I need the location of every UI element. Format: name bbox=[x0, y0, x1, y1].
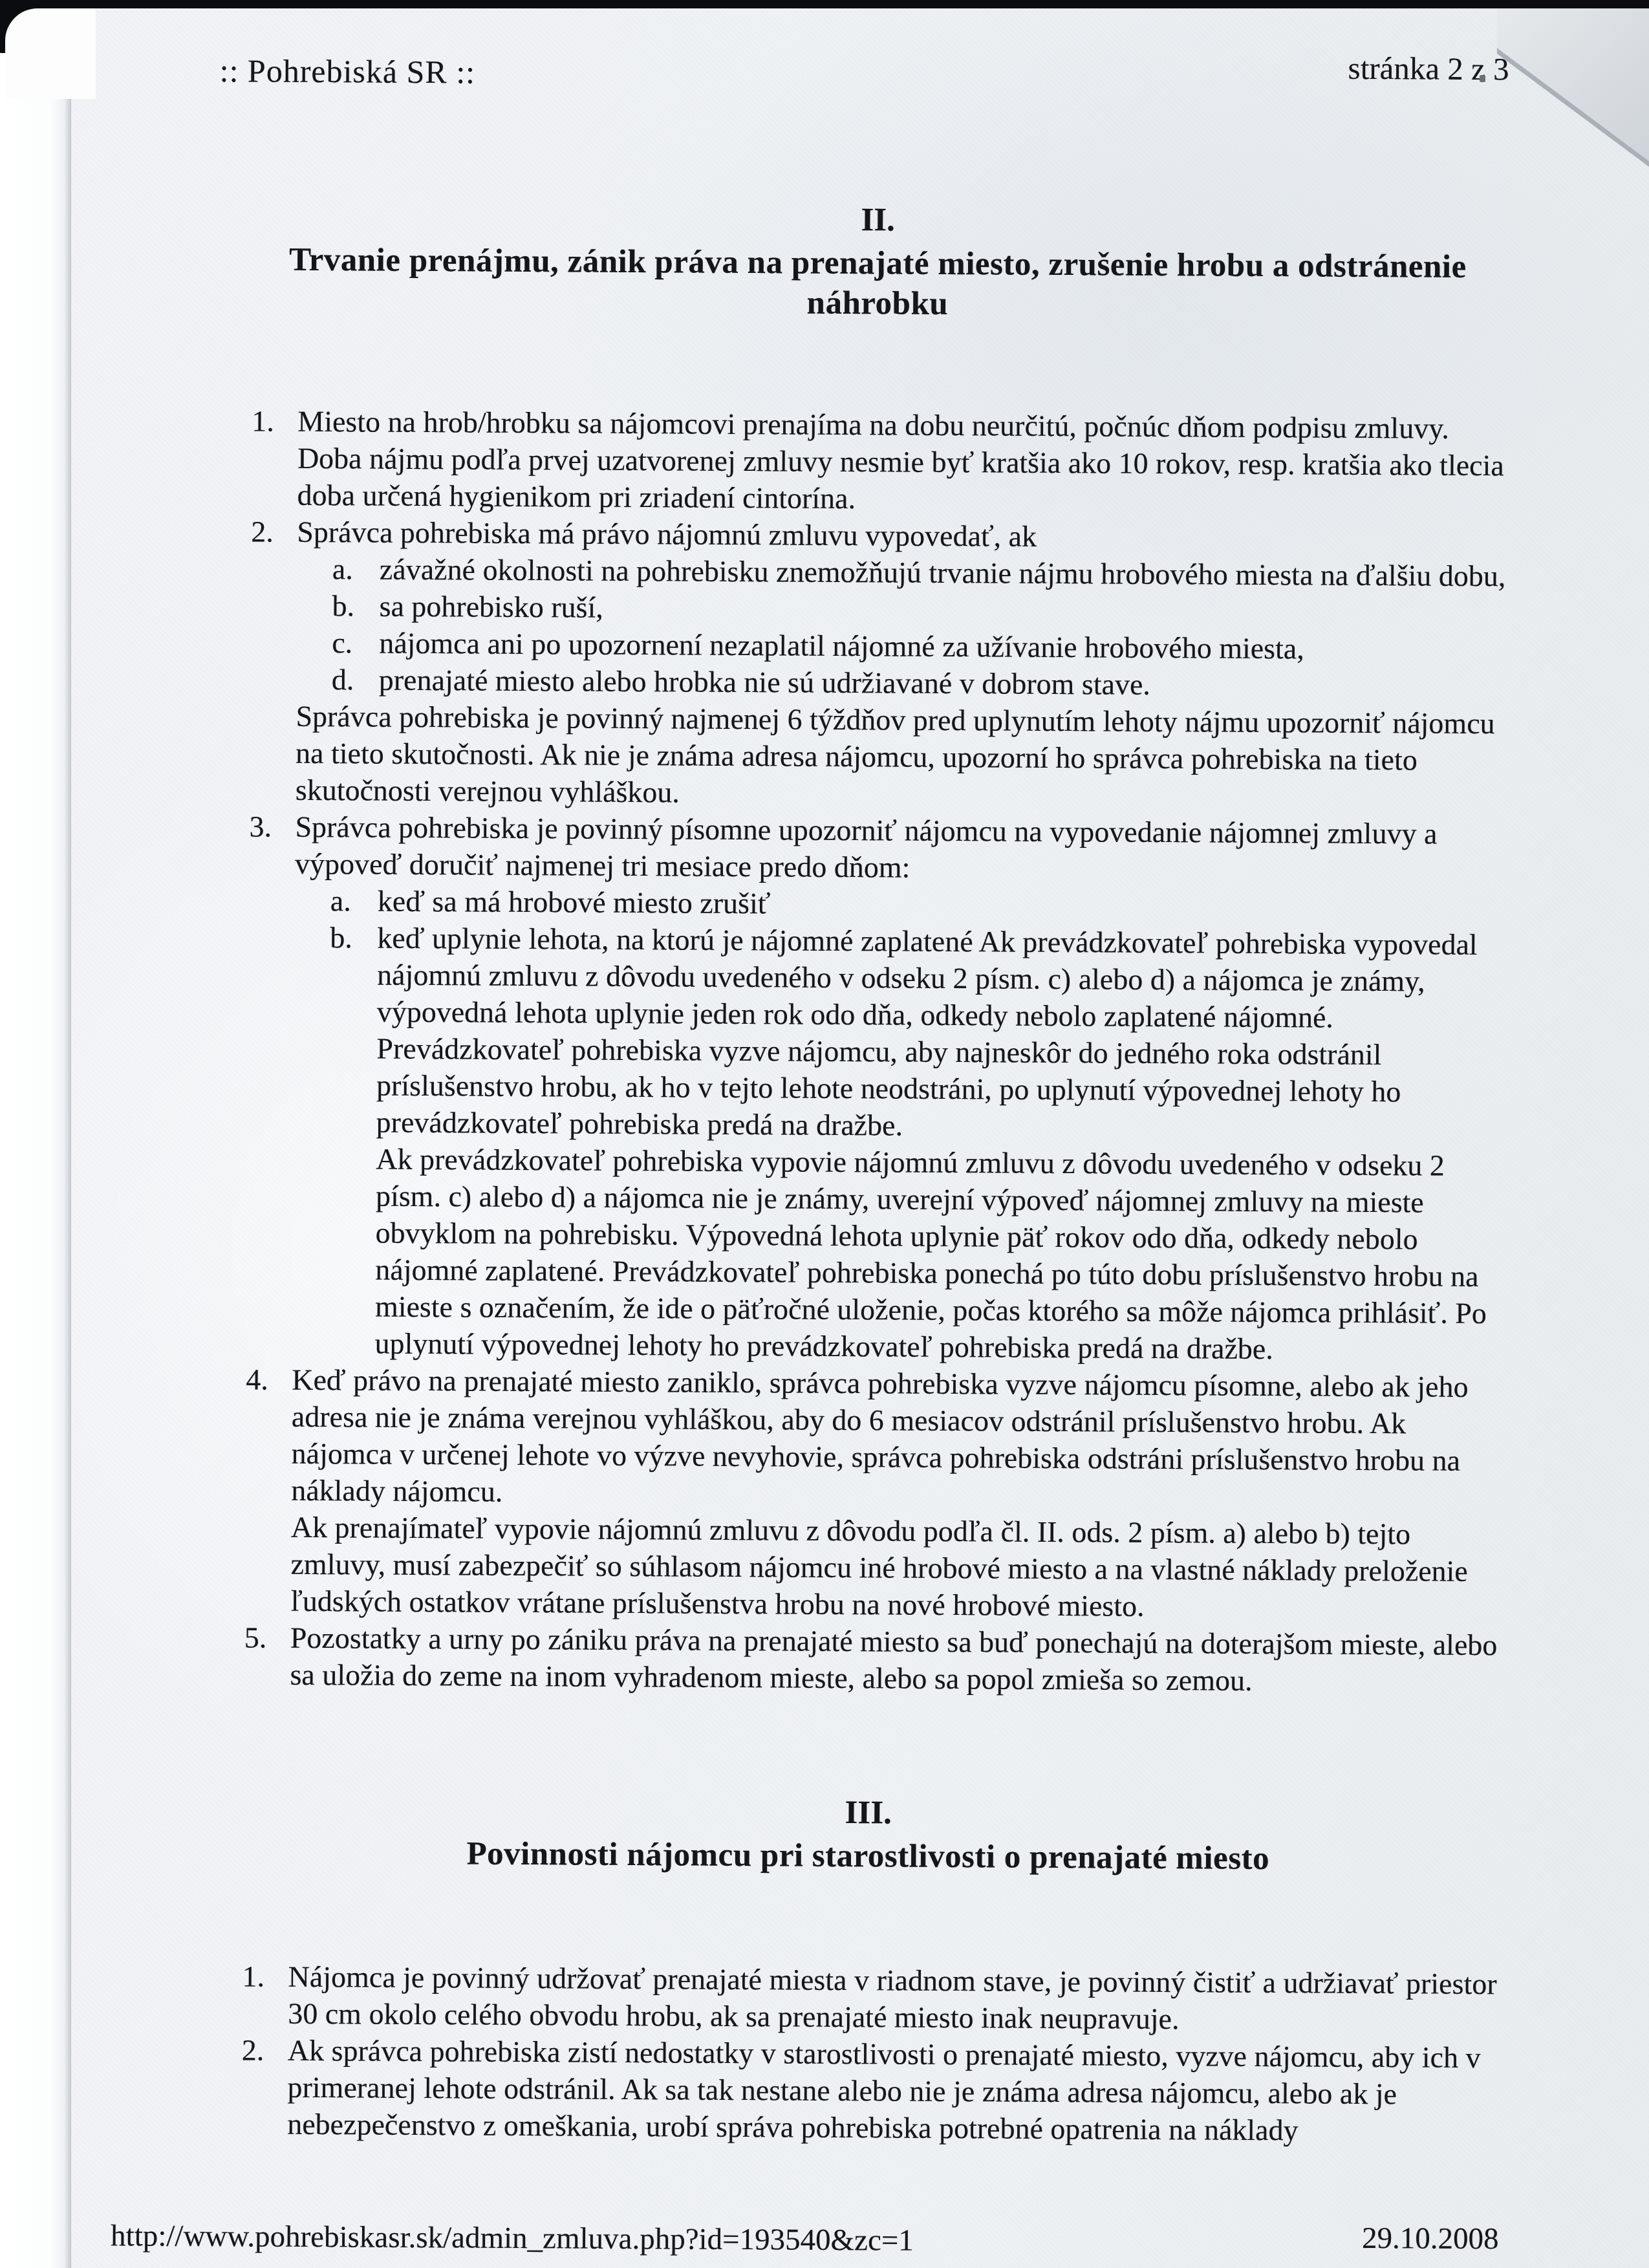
item-number: 2. bbox=[225, 2031, 288, 2069]
scanner-corner-topleft-curve bbox=[5, 8, 96, 99]
footer-url: http://www.pohrebiskasr.sk/admin_zmluva.… bbox=[111, 2219, 914, 2258]
list-item: 1. Miesto na hrob/hrobku sa nájomcovi pr… bbox=[234, 402, 1518, 521]
subitem-letter: c. bbox=[332, 624, 379, 661]
item-number: 5. bbox=[228, 1619, 290, 1656]
list-item: 3. Správca pohrebiska je povinný písomne… bbox=[229, 808, 1516, 1368]
footer-date: 29.10.2008 bbox=[1362, 2221, 1499, 2256]
section-iii: III. Povinnosti nájomcu pri starostlivos… bbox=[224, 1789, 1510, 2150]
section-ii-list: 1. Miesto na hrob/hrobku sa nájomcovi pr… bbox=[227, 402, 1518, 1700]
section-ii-numeral: II. bbox=[236, 197, 1520, 243]
list-item: 5. Pozostatky a urny po zániku práva na … bbox=[227, 1619, 1511, 1700]
page-content: :: Pohrebiská SR :: stránka 2 z 3 II. Tr… bbox=[0, 0, 1649, 2268]
sub-list-item: b. keď uplynie lehota, na ktorú je nájom… bbox=[327, 919, 1515, 1368]
subitem-letter: b. bbox=[332, 587, 379, 624]
subitem-letter: d. bbox=[332, 661, 379, 698]
item-text: Ak správca pohrebiska zistí nedostatky v… bbox=[287, 2032, 1509, 2150]
scanned-document: :: Pohrebiská SR :: stránka 2 z 3 II. Tr… bbox=[0, 0, 1649, 2268]
item-text: Miesto na hrob/hrobku sa nájomcovi prena… bbox=[297, 403, 1518, 521]
list-item: 2. Správca pohrebiska má právo nájomnú z… bbox=[233, 513, 1518, 815]
item-text-paragraph-2: Ak prenajímateľ vypovie nájomnú zmluvu z… bbox=[290, 1509, 1512, 1627]
section-iii-list: 1. Nájomca je povinný udržovať prenajaté… bbox=[224, 1958, 1509, 2150]
section-iii-title: Povinnosti nájomcu pri starostlivosti o … bbox=[226, 1832, 1510, 1880]
subitem-text: keď uplynie lehota, na ktorú je nájomné … bbox=[376, 920, 1516, 1148]
list-item: 1. Nájomca je povinný udržovať prenajaté… bbox=[225, 1958, 1509, 2039]
item-text: Pozostatky a urny po zániku práva na pre… bbox=[290, 1619, 1511, 1701]
subitem-text: nájomca ani po upozornení nezaplatil náj… bbox=[379, 625, 1517, 669]
subitem-text: sa pohrebisko ruší, bbox=[379, 588, 1517, 632]
list-item: 2. Ak správca pohrebiska zistí nedostatk… bbox=[224, 2031, 1509, 2150]
scan-speck bbox=[1480, 75, 1485, 82]
document-body: II. Trvanie prenájmu, zánik práva na pre… bbox=[224, 197, 1520, 2150]
item-number: 3. bbox=[232, 808, 295, 845]
scanner-top-band bbox=[0, 0, 1649, 8]
item-number: 1. bbox=[235, 402, 297, 440]
item-text: Keď právo na prenajaté miesto zaniklo, s… bbox=[291, 1361, 1513, 1517]
item-number: 1. bbox=[225, 1958, 288, 1995]
item-text: Správca pohrebiska je povinný písomne up… bbox=[295, 808, 1516, 890]
subitem-letter: a. bbox=[332, 550, 380, 587]
item-continuation: Správca pohrebiska je povinný najmenej 6… bbox=[296, 698, 1517, 816]
subitem-text-paragraph-2: Ak prevádzkovateľ pohrebiska vypovie náj… bbox=[374, 1141, 1514, 1369]
site-header-text: :: Pohrebiská SR :: bbox=[219, 53, 475, 89]
list-item: 4. Keď právo na prenajaté miesto zaniklo… bbox=[228, 1361, 1513, 1626]
item-text: Nájomca je povinný udržovať prenajaté mi… bbox=[288, 1958, 1509, 2040]
subitem-text: prenajaté miesto alebo hrobka nie sú udr… bbox=[379, 662, 1517, 706]
subitem-text: keď sa má hrobové miesto zrušiť bbox=[378, 883, 1516, 927]
subitem-letter: a. bbox=[330, 882, 378, 919]
section-iii-numeral: III. bbox=[226, 1789, 1510, 1836]
subitem-letter: b. bbox=[327, 919, 377, 1361]
item-number: 2. bbox=[234, 513, 297, 550]
subitem-text: závažné okolnosti na pohrebisku znemožňu… bbox=[380, 551, 1518, 595]
item-number: 4. bbox=[229, 1361, 292, 1398]
section-ii-title: Trvanie prenájmu, zánik práva na prenaja… bbox=[235, 239, 1520, 327]
